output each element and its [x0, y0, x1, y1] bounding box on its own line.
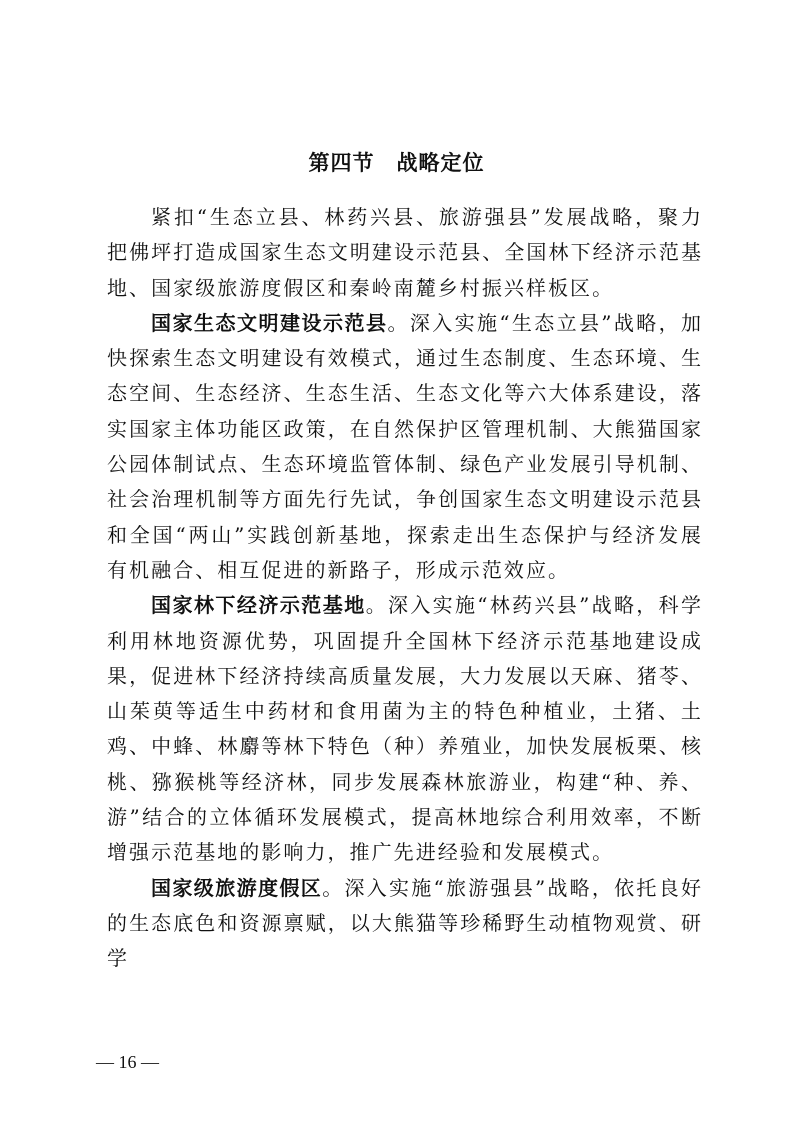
paragraph-tourism-resort: 国家级旅游度假区。深入实施“旅游强县”战略，依托良好的生态底色和资源禀赋，以大熊… — [107, 871, 703, 977]
page-number: — 16 — — [96, 1050, 159, 1074]
document-body: 紧扣“生态立县、林药兴县、旅游强县”发展战略，聚力把佛坪打造成国家生态文明建设示… — [107, 200, 703, 977]
paragraph-text: 。深入实施“林药兴县”战略，科学利用林地资源优势，巩固提升全国林下经济示范基地建… — [107, 593, 703, 864]
paragraph-heading: 国家级旅游度假区 — [151, 876, 322, 900]
paragraph-text: 。深入实施“生态立县”战略，加快探索生态文明建设有效模式，通过生态制度、生态环境… — [107, 311, 703, 582]
paragraph-text: 紧扣“生态立县、林药兴县、旅游强县”发展战略，聚力把佛坪打造成国家生态文明建设示… — [107, 205, 703, 300]
section-title: 第四节 战略定位 — [0, 146, 793, 180]
paragraph-intro: 紧扣“生态立县、林药兴县、旅游强县”发展战略，聚力把佛坪打造成国家生态文明建设示… — [107, 200, 703, 306]
paragraph-heading: 国家林下经济示范基地 — [151, 593, 366, 617]
paragraph-forest-economy: 国家林下经济示范基地。深入实施“林药兴县”战略，科学利用林地资源优势，巩固提升全… — [107, 588, 703, 870]
paragraph-eco-civilization: 国家生态文明建设示范县。深入实施“生态立县”战略，加快探索生态文明建设有效模式，… — [107, 306, 703, 588]
paragraph-heading: 国家生态文明建设示范县 — [151, 311, 388, 335]
document-page: 第四节 战略定位 紧扣“生态立县、林药兴县、旅游强县”发展战略，聚力把佛坪打造成… — [0, 0, 793, 1122]
